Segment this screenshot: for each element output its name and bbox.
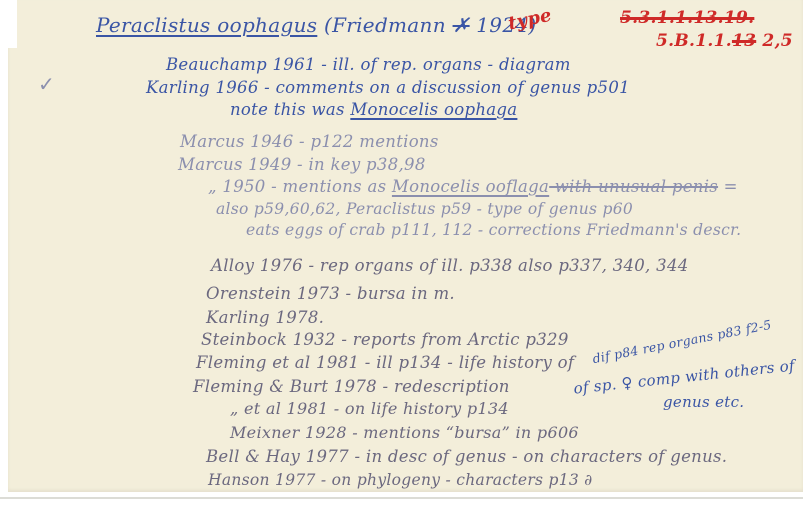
entry-marcus-1950-pages: also p59,60,62, Peraclistus p59 - type o… — [216, 200, 633, 218]
type-annotation: type — [506, 5, 553, 35]
entry-bell-hay-1977: Bell & Hay 1977 - in desc of genus - on … — [206, 447, 727, 466]
catalog-number-old: 5.3.1.1.13.19. — [620, 8, 754, 28]
scan-corner-notch — [8, 0, 17, 48]
entry-marcus-1950-crab: eats eggs of crab p111, 112 - correction… — [246, 221, 741, 239]
entry-fleming-burt-1978: Fleming & Burt 1978 - redescription — [193, 377, 510, 396]
margin-note-pages: dif p84 rep organs p83 f2-5 — [591, 317, 772, 366]
note-prefix: note this was — [230, 100, 350, 119]
entry-steinbock-1932: Steinbock 1932 - reports from Arctic p32… — [201, 330, 569, 349]
catalog-number-new-struck: 13 — [732, 31, 756, 51]
entry-karling-1978: Karling 1978. — [206, 308, 324, 327]
entry-fleming-burt-continuation-2: genus etc. — [663, 393, 744, 411]
card-title: Peraclistus oophagus (Friedmann ✗ 1924) — [96, 13, 536, 37]
title-species-name: Peraclistus oophagus — [96, 13, 317, 37]
marcus-1950-prefix: „ 1950 - mentions as — [208, 177, 392, 196]
scanned-index-card-page: Peraclistus oophagus (Friedmann ✗ 1924) … — [0, 0, 803, 506]
scan-edge-line — [0, 497, 803, 499]
title-author: (Friedmann — [317, 13, 452, 37]
entry-fleming-1981-ill: Fleming et al 1981 - ill p134 - life his… — [196, 353, 574, 372]
entry-marcus-1949: Marcus 1949 - in key p38,98 — [178, 155, 426, 174]
index-card: Peraclistus oophagus (Friedmann ✗ 1924) … — [8, 0, 803, 492]
marcus-1950-species: Monocelis ooflaga — [392, 177, 549, 196]
entry-karling-1966: Karling 1966 - comments on a discussion … — [146, 78, 630, 97]
note-species-name: Monocelis oophaga — [350, 100, 517, 119]
entry-orenstein-1973: Orenstein 1973 - bursa in m. — [206, 284, 455, 303]
marcus-1950-struck-phrase: with unusual penis — [549, 177, 718, 196]
marcus-1950-suffix: = — [718, 177, 738, 196]
entry-meixner-1928: Meixner 1928 - mentions “bursa” in p606 — [230, 423, 579, 442]
entry-hanson-1977: Hanson 1977 - on phylogeny - characters … — [208, 471, 593, 489]
title-scribbled-mark: ✗ — [453, 13, 470, 37]
entry-beauchamp-1961: Beauchamp 1961 - ill. of rep. organs - d… — [166, 55, 571, 74]
catalog-number-new: 5.B.1.1.13 2,5 — [656, 31, 793, 51]
checkmark-icon: ✓ — [38, 72, 55, 96]
catalog-number-new-suffix: 2,5 — [756, 31, 793, 51]
catalog-number-new-prefix: 5.B.1.1. — [656, 31, 732, 51]
entry-fleming-1981-life: „ et al 1981 - on life history p134 — [230, 399, 509, 418]
entry-marcus-1946: Marcus 1946 - p122 mentions — [180, 132, 439, 151]
entry-marcus-1950: „ 1950 - mentions as Monocelis ooflaga w… — [208, 177, 738, 196]
entry-alloy-1976: Alloy 1976 - rep organs of ill. p338 als… — [211, 256, 689, 275]
entry-note-monocelis: note this was Monocelis oophaga — [230, 100, 517, 119]
